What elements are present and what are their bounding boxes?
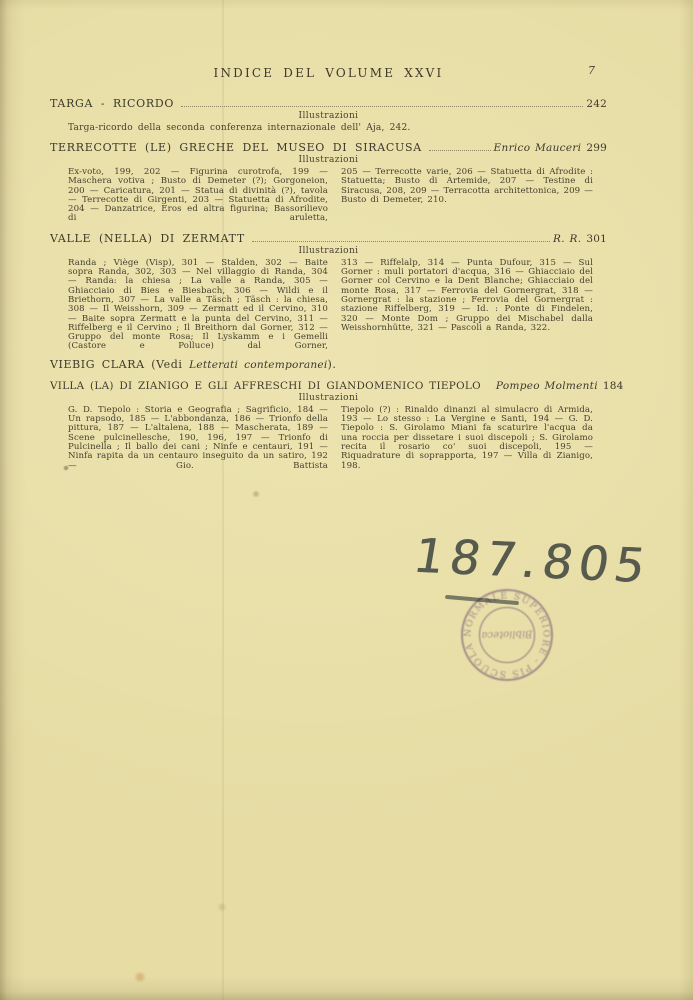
illustrations-label: Illustrazioni [50,155,607,165]
column-right: 205 — Terrecotte varie, 206 — Statuetta … [341,168,593,224]
page-number: 7 [588,64,595,77]
column-right: 313 — Riffelalp, 314 — Punta Dufour, 315… [341,259,593,352]
section-author: Enrico Mauceri [494,142,582,154]
page-content: INDICE DEL VOLUME XXVI 7 TARGA - RICORDO… [50,62,607,471]
section-author: R. R. [553,233,581,245]
section-targa-ricordo: TARGA - RICORDO 242 Illustrazioni Targa-… [50,97,607,133]
cross-ref-italic: Letterati contemporanei [189,359,327,371]
section-viebig-clara: VIEBIG CLARA (Vedi Letterati contemporan… [50,358,607,371]
section-title: VILLA (LA) DI ZIANIGO E GLI AFFRESCHI DI… [50,380,481,392]
page-ref: 299 [586,142,607,154]
section-title: TERRECOTTE (LE) GRECHE DEL MUSEO DI SIRA… [50,141,422,154]
section-author: Pompeo Molmenti [496,380,598,392]
column-right: Tiepolo (?) : Rinaldo dinanzi al simulac… [341,406,593,471]
illustrations-label: Illustrazioni [50,111,607,121]
leader-dots [429,150,491,151]
cross-reference-line: VIEBIG CLARA (Vedi Letterati contemporan… [50,358,607,371]
columns: Randa ; Viège (Visp), 301 — Stalden, 302… [50,259,607,352]
stamp-inner-text: Biblioteca [481,628,533,641]
journal-header: INDICE DEL VOLUME XXVI 7 [50,62,607,77]
section-title: TARGA - RICORDO [50,97,174,110]
page-ref: 301 [586,233,607,245]
column-left: Ex-voto, 199, 202 — Figurina curotrofa, … [68,168,328,224]
illustrations-label: Illustrazioni [50,393,607,403]
section-title-row: VALLE (NELLA) DI ZERMATT R. R. 301 [50,232,607,245]
illustrations-label: Illustrazioni [50,246,607,256]
column-left: G. D. Tiepolo : Storia e Geografia ; Sag… [68,406,328,471]
column-left: Randa ; Viège (Visp), 301 — Stalden, 302… [68,259,328,352]
section-valle-zermatt: VALLE (NELLA) DI ZERMATT R. R. 301 Illus… [50,232,607,352]
page-ref: 242 [586,98,607,110]
section-title-row: TARGA - RICORDO 242 [50,97,607,110]
cross-ref-suffix: ). [327,358,336,371]
section-title-row: TERRECOTTE (LE) GRECHE DEL MUSEO DI SIRA… [50,141,607,154]
columns: Ex-voto, 199, 202 — Figurina curotrofa, … [50,168,607,224]
leader-dots [181,106,583,107]
library-stamp: SCUOLA NORMALE SUPERIORE - PISA Bibliote… [454,582,559,687]
scanned-page: INDICE DEL VOLUME XXVI 7 TARGA - RICORDO… [0,0,693,1000]
section-villa-zianigo: VILLA (LA) DI ZIANIGO E GLI AFFRESCHI DI… [50,380,607,471]
section-title-row: VILLA (LA) DI ZIANIGO E GLI AFFRESCHI DI… [50,380,607,392]
header-title: INDICE DEL VOLUME XXVI [214,66,444,80]
cross-ref-prefix: VIEBIG CLARA (Vedi [50,358,189,371]
illustration-entry: Targa-ricordo della seconda conferenza i… [68,123,607,133]
section-terrecotte: TERRECOTTE (LE) GRECHE DEL MUSEO DI SIRA… [50,141,607,224]
leader-dots [252,241,550,242]
page-ref: 184 [603,380,624,392]
columns: G. D. Tiepolo : Storia e Geografia ; Sag… [50,406,607,471]
section-title: VALLE (NELLA) DI ZERMATT [50,232,245,245]
